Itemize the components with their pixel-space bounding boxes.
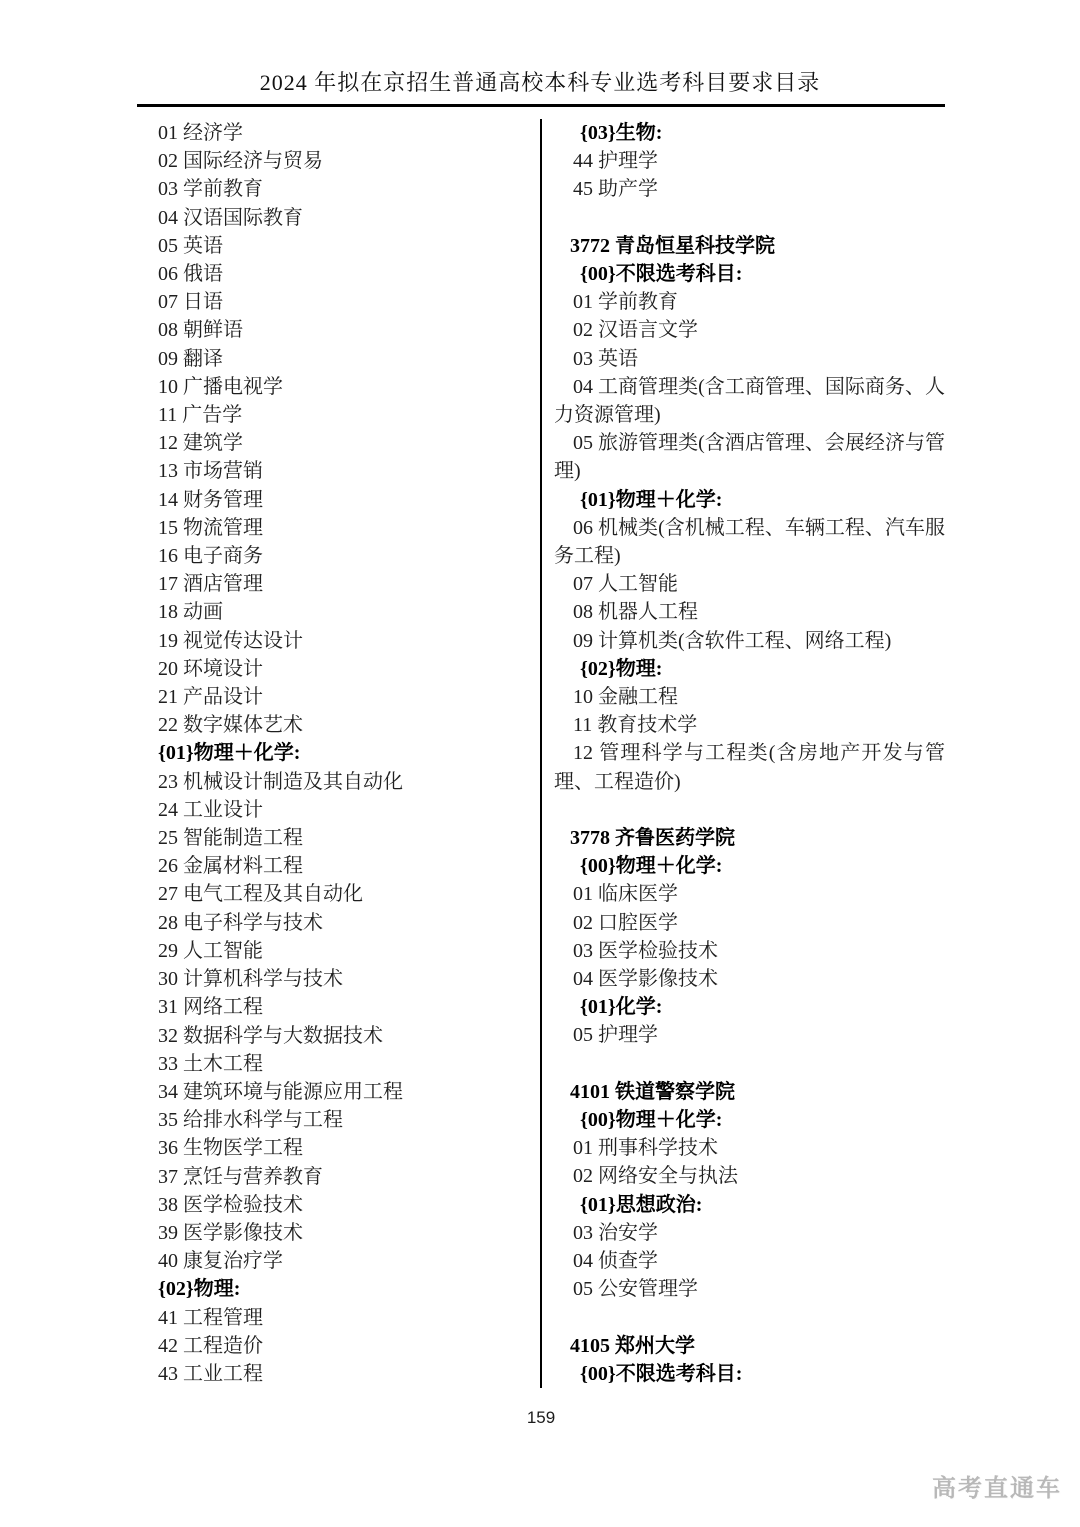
- major-entry: 39 医学影像技术: [158, 1219, 540, 1247]
- major-entry: 02 口腔医学: [554, 909, 945, 937]
- major-entry: 01 刑事科学技术: [554, 1134, 945, 1162]
- subject-requirement-header: {00}物理＋化学:: [554, 852, 945, 880]
- major-entry: 18 动画: [158, 598, 540, 626]
- subject-requirement-header: {01}物理＋化学:: [554, 486, 945, 514]
- catalog-column-right: {03}生物:44 护理学45 助产学3772 青岛恒星科技学院{00}不限选考…: [540, 119, 945, 1388]
- major-entry: 08 机器人工程: [554, 598, 945, 626]
- subject-requirement-header: {00}不限选考科目:: [554, 1360, 945, 1388]
- major-entry: 45 助产学: [554, 175, 945, 203]
- major-entry: 01 经济学: [158, 119, 540, 147]
- major-entry: 27 电气工程及其自动化: [158, 880, 540, 908]
- major-entry: 05 公安管理学: [554, 1275, 945, 1303]
- header-rule: [137, 104, 945, 107]
- major-entry: 19 视觉传达设计: [158, 627, 540, 655]
- major-entry: 37 烹饪与营养教育: [158, 1163, 540, 1191]
- school-entry: 4105 郑州大学: [554, 1332, 945, 1360]
- major-entry: 10 广播电视学: [158, 373, 540, 401]
- major-entry: 34 建筑环境与能源应用工程: [158, 1078, 540, 1106]
- major-entry: 13 市场营销: [158, 457, 540, 485]
- subject-requirement-header: {00}不限选考科目:: [554, 260, 945, 288]
- major-entry: 28 电子科学与技术: [158, 909, 540, 937]
- major-entry: 03 治安学: [554, 1219, 945, 1247]
- major-entry: 38 医学检验技术: [158, 1191, 540, 1219]
- major-entry: 36 生物医学工程: [158, 1134, 540, 1162]
- major-entry: 06 机械类(含机械工程、车辆工程、汽车服务工程): [554, 514, 945, 570]
- major-entry: 05 英语: [158, 232, 540, 260]
- subject-requirement-header: {03}生物:: [554, 119, 945, 147]
- major-entry: 15 物流管理: [158, 514, 540, 542]
- major-entry: 17 酒店管理: [158, 570, 540, 598]
- school-entry: 4101 铁道警察学院: [554, 1078, 945, 1106]
- major-entry: 40 康复治疗学: [158, 1247, 540, 1275]
- section-gap: [554, 204, 945, 232]
- subject-requirement-header: {01}化学:: [554, 993, 945, 1021]
- major-entry: 30 计算机科学与技术: [158, 965, 540, 993]
- major-entry: 21 产品设计: [158, 683, 540, 711]
- major-entry: 12 管理科学与工程类(含房地产开发与管理、工程造价): [554, 739, 945, 795]
- page-number: 159: [137, 1408, 945, 1428]
- major-entry: 42 工程造价: [158, 1332, 540, 1360]
- major-entry: 22 数字媒体艺术: [158, 711, 540, 739]
- major-entry: 09 计算机类(含软件工程、网络工程): [554, 627, 945, 655]
- major-entry: 07 人工智能: [554, 570, 945, 598]
- subject-requirement-header: {01}物理＋化学:: [158, 739, 540, 767]
- major-entry: 01 临床医学: [554, 880, 945, 908]
- major-entry: 02 国际经济与贸易: [158, 147, 540, 175]
- major-entry: 43 工业工程: [158, 1360, 540, 1388]
- major-entry: 44 护理学: [554, 147, 945, 175]
- major-entry: 01 学前教育: [554, 288, 945, 316]
- major-entry: 04 侦查学: [554, 1247, 945, 1275]
- section-gap: [554, 1303, 945, 1331]
- section-gap: [554, 796, 945, 824]
- major-entry: 02 汉语言文学: [554, 316, 945, 344]
- major-entry: 07 日语: [158, 288, 540, 316]
- major-entry: 06 俄语: [158, 260, 540, 288]
- major-entry: 08 朝鲜语: [158, 316, 540, 344]
- school-entry: 3778 齐鲁医药学院: [554, 824, 945, 852]
- major-entry: 09 翻译: [158, 345, 540, 373]
- subject-requirement-header: {01}思想政治:: [554, 1191, 945, 1219]
- school-entry: 3772 青岛恒星科技学院: [554, 232, 945, 260]
- major-entry: 33 土木工程: [158, 1050, 540, 1078]
- subject-requirement-header: {02}物理:: [554, 655, 945, 683]
- major-entry: 04 医学影像技术: [554, 965, 945, 993]
- catalog-column-left: 01 经济学02 国际经济与贸易03 学前教育04 汉语国际教育05 英语06 …: [137, 119, 540, 1388]
- major-entry: 29 人工智能: [158, 937, 540, 965]
- subject-requirement-header: {00}物理＋化学:: [554, 1106, 945, 1134]
- major-entry: 35 给排水科学与工程: [158, 1106, 540, 1134]
- major-entry: 26 金属材料工程: [158, 852, 540, 880]
- major-entry: 31 网络工程: [158, 993, 540, 1021]
- major-entry: 03 英语: [554, 345, 945, 373]
- page-title: 2024 年拟在京招生普通高校本科专业选考科目要求目录: [0, 66, 1080, 97]
- major-entry: 04 工商管理类(含工商管理、国际商务、人力资源管理): [554, 373, 945, 429]
- major-entry: 41 工程管理: [158, 1304, 540, 1332]
- major-entry: 05 旅游管理类(含酒店管理、会展经济与管理): [554, 429, 945, 485]
- major-entry: 24 工业设计: [158, 796, 540, 824]
- major-entry: 05 护理学: [554, 1021, 945, 1049]
- major-entry: 25 智能制造工程: [158, 824, 540, 852]
- major-entry: 14 财务管理: [158, 486, 540, 514]
- major-entry: 03 学前教育: [158, 175, 540, 203]
- major-entry: 20 环境设计: [158, 655, 540, 683]
- major-entry: 02 网络安全与执法: [554, 1162, 945, 1190]
- major-entry: 12 建筑学: [158, 429, 540, 457]
- major-entry: 23 机械设计制造及其自动化: [158, 768, 540, 796]
- major-entry: 16 电子商务: [158, 542, 540, 570]
- document-page: { "page": { "title": "2024 年拟在京招生普通高校本科专…: [0, 0, 1080, 1527]
- major-entry: 10 金融工程: [554, 683, 945, 711]
- major-entry: 04 汉语国际教育: [158, 204, 540, 232]
- major-entry: 11 教育技术学: [554, 711, 945, 739]
- major-entry: 03 医学检验技术: [554, 937, 945, 965]
- subject-requirement-header: {02}物理:: [158, 1275, 540, 1303]
- major-entry: 11 广告学: [158, 401, 540, 429]
- section-gap: [554, 1050, 945, 1078]
- major-entry: 32 数据科学与大数据技术: [158, 1022, 540, 1050]
- watermark: 高考直通车: [932, 1468, 1062, 1503]
- catalog: 01 经济学02 国际经济与贸易03 学前教育04 汉语国际教育05 英语06 …: [137, 119, 945, 1388]
